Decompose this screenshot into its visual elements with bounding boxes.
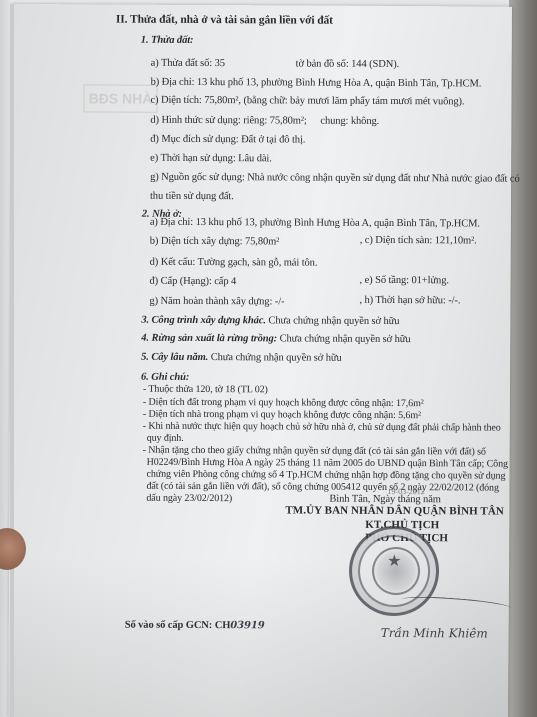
land-heading: 1. Thửa đất: xyxy=(141,34,194,47)
land-map-sheet: tờ bản đồ số: 144 (SDN). xyxy=(296,57,400,71)
land-parcel-number: a) Thửa đất số: 35 xyxy=(151,57,225,70)
land-usage-private: d) Hình thức sử dụng: riêng: 75,80m²; xyxy=(150,114,306,128)
other-works: 3. Công trình xây dựng khác. Chưa chứng … xyxy=(141,314,399,328)
note-line: - Thuộc thửa 120, tờ 18 (TL 02) xyxy=(143,383,268,397)
section-heading: II. Thửa đất, nhà ở và tài sản gắn liền … xyxy=(116,14,333,28)
forest-heading: 4. Rừng sản xuất là rừng trồng: xyxy=(141,333,277,345)
page-edge xyxy=(10,4,14,717)
house-floors: , e) Số tầng: 01+lửng. xyxy=(360,274,449,287)
other-works-heading: 3. Công trình xây dựng khác. xyxy=(141,315,266,327)
certificate-page: BĐS NHÀ II. Thửa đất, nhà ở và tài sản g… xyxy=(8,4,512,717)
official-seal: ★ xyxy=(349,526,439,616)
signer-name: Trần Minh Khiêm xyxy=(381,626,488,641)
land-origin-line1: g) Nguồn gốc sử dụng: Nhà nước công nhận… xyxy=(150,171,520,186)
seal-star-icon: ★ xyxy=(387,551,401,571)
land-address: b) Địa chỉ: 13 khu phố 13, phường Bình H… xyxy=(151,76,482,91)
perennial-heading: 5. Cây lâu năm. xyxy=(141,352,208,363)
house-ownership-term: , h) Thời hạn sở hữu: -/-. xyxy=(359,294,460,308)
forest: 4. Rừng sản xuất là rừng trồng: Chưa chứ… xyxy=(141,332,410,346)
forest-value: Chưa chứng nhận quyền sở hữu xyxy=(280,333,411,345)
land-origin-line2: thu tiền sử dụng đất. xyxy=(150,190,234,203)
registry-label: Số vào sổ cấp GCN: CH xyxy=(125,620,231,632)
house-grade: đ) Cấp (Hạng): cấp 4 xyxy=(150,275,237,288)
house-floor-area: , c) Diện tích sàn: 121,10m². xyxy=(360,234,477,248)
house-completion-year: g) Năm hoàn thành xây dựng: -/- xyxy=(149,295,284,309)
background-right xyxy=(509,0,537,717)
perennial-value: Chưa chứng nhận quyền sở hữu xyxy=(211,352,342,364)
house-building-area: b) Diện tích xây dựng: 75,80m² xyxy=(150,235,280,249)
signature-stroke xyxy=(401,594,512,613)
note-line: dấu ngày 23/02/2012) xyxy=(146,492,232,505)
note-line: - Khi nhà nước thực hiện quy hoạch chủ s… xyxy=(143,420,501,435)
land-term: e) Thời hạn sử dụng: Lâu dài. xyxy=(150,152,272,166)
land-usage-shared: chung: không. xyxy=(320,115,379,128)
issuing-org: TM.ỦY BAN NHÂN DÂN QUẬN BÌNH TÂN xyxy=(285,504,504,518)
house-structure: d) Kết cấu: Tường gạch, sàn gỗ, mái tôn. xyxy=(150,256,318,270)
land-area: c) Diện tích: 75,80m², (bằng chữ: bảy mư… xyxy=(150,94,464,109)
registry-number: Số vào sổ cấp GCN: CH03919 xyxy=(125,619,265,633)
stamp-date: 19-03-2012 xyxy=(387,487,424,496)
perennial: 5. Cây lâu năm. Chưa chứng nhận quyền sở… xyxy=(141,351,342,365)
house-address: a) Địa chỉ: 13 khu phố 13, phường Bình H… xyxy=(150,216,480,231)
watermark: BĐS NHÀ xyxy=(83,84,157,112)
registry-handwritten: 03919 xyxy=(230,620,264,631)
land-purpose: đ) Mục đích sử dụng: Đất ở tại đô thị. xyxy=(150,133,305,147)
other-works-value: Chưa chứng nhận quyền sở hữu xyxy=(268,315,399,327)
